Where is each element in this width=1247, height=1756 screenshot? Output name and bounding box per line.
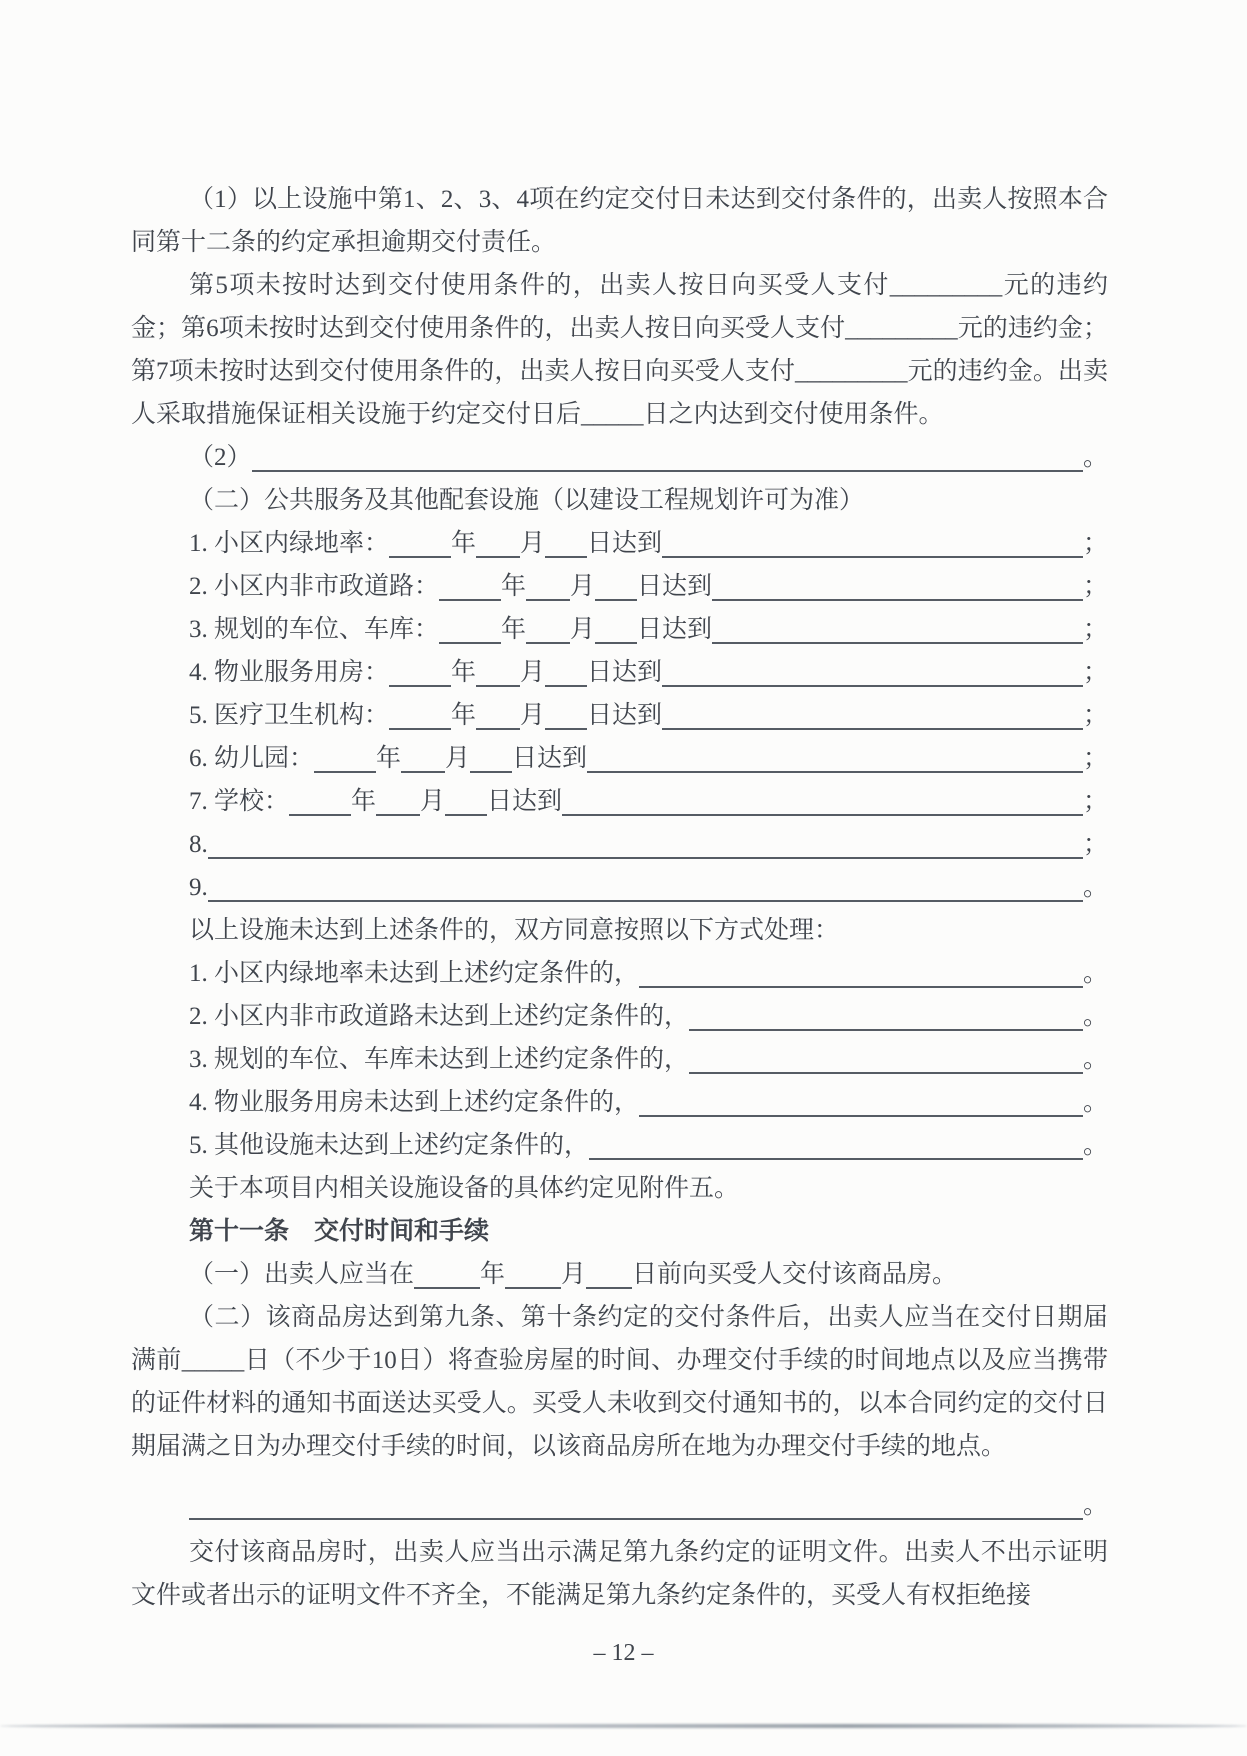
blank-underline: [389, 522, 451, 558]
line-text: 日达到: [637, 608, 712, 651]
line-end-punctuation: 。: [1083, 995, 1108, 1038]
facility-item-8-blank: 8.；: [131, 823, 1108, 866]
line-text: （一）出卖人应当在: [189, 1253, 414, 1296]
line-end-punctuation: 。: [1083, 1484, 1108, 1527]
blank-underline: [595, 565, 637, 601]
blank-underline: [662, 651, 1083, 687]
handling-item-other-facilities: 5. 其他设施未达到上述约定条件的，。: [131, 1124, 1108, 1167]
handling-item-parking-garage: 3. 规划的车位、车库未达到上述约定条件的，。: [131, 1038, 1108, 1081]
line-text: 2. 小区内非市政道路：: [189, 565, 439, 608]
line-text: 月: [420, 780, 445, 823]
blank-underline: [545, 522, 587, 558]
line-text: 年: [451, 694, 476, 737]
blank-underline: [252, 436, 1083, 472]
line-text: 1. 小区内绿地率未达到上述约定条件的，: [189, 952, 639, 995]
blank-underline: [712, 608, 1083, 644]
handling-item-non-municipal-road: 2. 小区内非市政道路未达到上述约定条件的，。: [131, 995, 1108, 1038]
line-text: （2）: [189, 436, 252, 479]
line-end-punctuation: 。: [1083, 952, 1108, 995]
clause-1-overdue-liability: （1）以上设施中第1、2、3、4项在约定交付日未达到交付条件的，出卖人按照本合同…: [131, 178, 1108, 264]
line-end-punctuation: ；: [1083, 565, 1108, 608]
blank-underline: [476, 694, 520, 730]
blank-underline: [712, 565, 1083, 601]
line-text: 年: [480, 1253, 505, 1296]
line-text: 年: [351, 780, 376, 823]
facility-item-property-service-room: 4. 物业服务用房：年月日达到；: [131, 651, 1108, 694]
line-text: 月: [520, 651, 545, 694]
line-text: 5. 其他设施未达到上述约定条件的，: [189, 1124, 589, 1167]
article-11-1-delivery-date: （一）出卖人应当在年月日前向买受人交付该商品房。: [131, 1253, 1108, 1296]
handling-item-green-rate: 1. 小区内绿地率未达到上述约定条件的，。: [131, 952, 1108, 995]
document-body: （1）以上设施中第1、2、3、4项在约定交付日未达到交付条件的，出卖人按照本合同…: [131, 178, 1108, 1617]
line-text: 2. 小区内非市政道路未达到上述约定条件的，: [189, 995, 689, 1038]
line-text: 年: [376, 737, 401, 780]
line-text: 日达到: [512, 737, 587, 780]
line-text: 6. 幼儿园：: [189, 737, 314, 780]
line-text: 4. 物业服务用房未达到上述约定条件的，: [189, 1081, 639, 1124]
blank-underline: [476, 522, 520, 558]
scan-artifact-line: [0, 1724, 1247, 1728]
facility-item-parking-garage: 3. 规划的车位、车库：年月日达到；: [131, 608, 1108, 651]
line-text: 日前向买受人交付该商品房。: [632, 1253, 957, 1296]
blank-underline: [470, 737, 512, 773]
line-text: 日达到: [587, 522, 662, 565]
standalone-blank-line: 。: [131, 1484, 1108, 1527]
line-text: 7. 学校：: [189, 780, 289, 823]
line-text: 3. 规划的车位、车库：: [189, 608, 439, 651]
line-end-punctuation: ；: [1083, 780, 1108, 823]
line-text: 月: [520, 694, 545, 737]
facility-item-9-blank: 9.。: [131, 866, 1108, 909]
clause-2-blank-line: （2）。: [131, 436, 1108, 479]
line-text: 日达到: [637, 565, 712, 608]
blank-underline: [639, 952, 1083, 988]
blank-underline: [189, 1484, 1083, 1520]
line-text: 月: [570, 608, 595, 651]
line-text: 4. 物业服务用房：: [189, 651, 389, 694]
blank-underline: [401, 737, 445, 773]
blank-underline: [662, 694, 1083, 730]
blank-underline: [289, 780, 351, 816]
line-text: 年: [451, 651, 476, 694]
line-text: 日达到: [487, 780, 562, 823]
line-text: 5. 医疗卫生机构：: [189, 694, 389, 737]
line-end-punctuation: ；: [1083, 694, 1108, 737]
blank-underline: [505, 1253, 561, 1289]
attachment-5-note: 关于本项目内相关设施设备的具体约定见附件五。: [131, 1167, 1108, 1210]
line-text: 3. 规划的车位、车库未达到上述约定条件的，: [189, 1038, 689, 1081]
line-text: 月: [570, 565, 595, 608]
blank-underline: [662, 522, 1083, 558]
blank-underline: [208, 866, 1083, 902]
line-end-punctuation: ；: [1083, 522, 1108, 565]
facility-item-green-rate: 1. 小区内绿地率：年月日达到；: [131, 522, 1108, 565]
line-end-punctuation: ；: [1083, 608, 1108, 651]
blank-underline: [208, 823, 1083, 859]
blank-underline: [314, 737, 376, 773]
facility-item-non-municipal-road: 2. 小区内非市政道路：年月日达到；: [131, 565, 1108, 608]
blank-underline: [586, 1253, 632, 1289]
article-11-heading: 第十一条 交付时间和手续: [131, 1210, 1108, 1253]
blank-underline: [595, 608, 637, 644]
line-end-punctuation: 。: [1083, 1081, 1108, 1124]
blank-underline: [526, 608, 570, 644]
line-text: 月: [445, 737, 470, 780]
line-text: 日达到: [587, 651, 662, 694]
line-text: 8.: [189, 823, 208, 866]
line-text: 月: [561, 1253, 586, 1296]
section-2-heading: （二）公共服务及其他配套设施（以建设工程规划许可为准）: [131, 479, 1108, 522]
blank-underline: [689, 1038, 1083, 1074]
line-end-punctuation: ；: [1083, 823, 1108, 866]
line-text: 年: [451, 522, 476, 565]
blank-underline: [389, 694, 451, 730]
facility-item-kindergarten: 6. 幼儿园：年月日达到；: [131, 737, 1108, 780]
blank-underline: [589, 1124, 1083, 1160]
blank-underline: [476, 651, 520, 687]
blank-underline: [545, 694, 587, 730]
facility-item-school: 7. 学校：年月日达到；: [131, 780, 1108, 823]
handling-item-property-service-room: 4. 物业服务用房未达到上述约定条件的，。: [131, 1081, 1108, 1124]
blank-underline: [562, 780, 1083, 816]
line-text: 日达到: [587, 694, 662, 737]
facility-item-medical-institution: 5. 医疗卫生机构：年月日达到；: [131, 694, 1108, 737]
blank-underline: [545, 651, 587, 687]
blank-underline: [526, 565, 570, 601]
blank-underline: [389, 651, 451, 687]
line-end-punctuation: ；: [1083, 737, 1108, 780]
blank-underline: [639, 1081, 1083, 1117]
blank-underline: [689, 995, 1083, 1031]
line-end-punctuation: 。: [1083, 1038, 1108, 1081]
line-end-punctuation: 。: [1083, 1124, 1108, 1167]
blank-underline: [439, 608, 501, 644]
blank-underline: [439, 565, 501, 601]
line-text: 年: [501, 565, 526, 608]
blank-underline: [376, 780, 420, 816]
items-5-7-penalty-terms: 第5项未按时达到交付使用条件的，出卖人按日向买受人支付_________元的违约…: [131, 264, 1108, 436]
blank-underline: [587, 737, 1083, 773]
delivery-documents-para: 交付该商品房时，出卖人应当出示满足第九条约定的证明文件。出卖人不出示证明文件或者…: [131, 1531, 1108, 1617]
blank-underline: [414, 1253, 480, 1289]
line-text: 9.: [189, 866, 208, 909]
line-end-punctuation: 。: [1083, 436, 1108, 479]
line-text: 月: [520, 522, 545, 565]
article-11-2-notice: （二）该商品房达到第九条、第十条约定的交付条件后，出卖人应当在交付日期届满前__…: [131, 1296, 1108, 1468]
line-end-punctuation: ；: [1083, 651, 1108, 694]
line-text: 年: [501, 608, 526, 651]
line-text: 1. 小区内绿地率：: [189, 522, 389, 565]
page-number: – 12 –: [0, 1632, 1247, 1675]
line-end-punctuation: 。: [1083, 866, 1108, 909]
handling-intro: 以上设施未达到上述条件的，双方同意按照以下方式处理：: [131, 909, 1108, 952]
blank-underline: [445, 780, 487, 816]
